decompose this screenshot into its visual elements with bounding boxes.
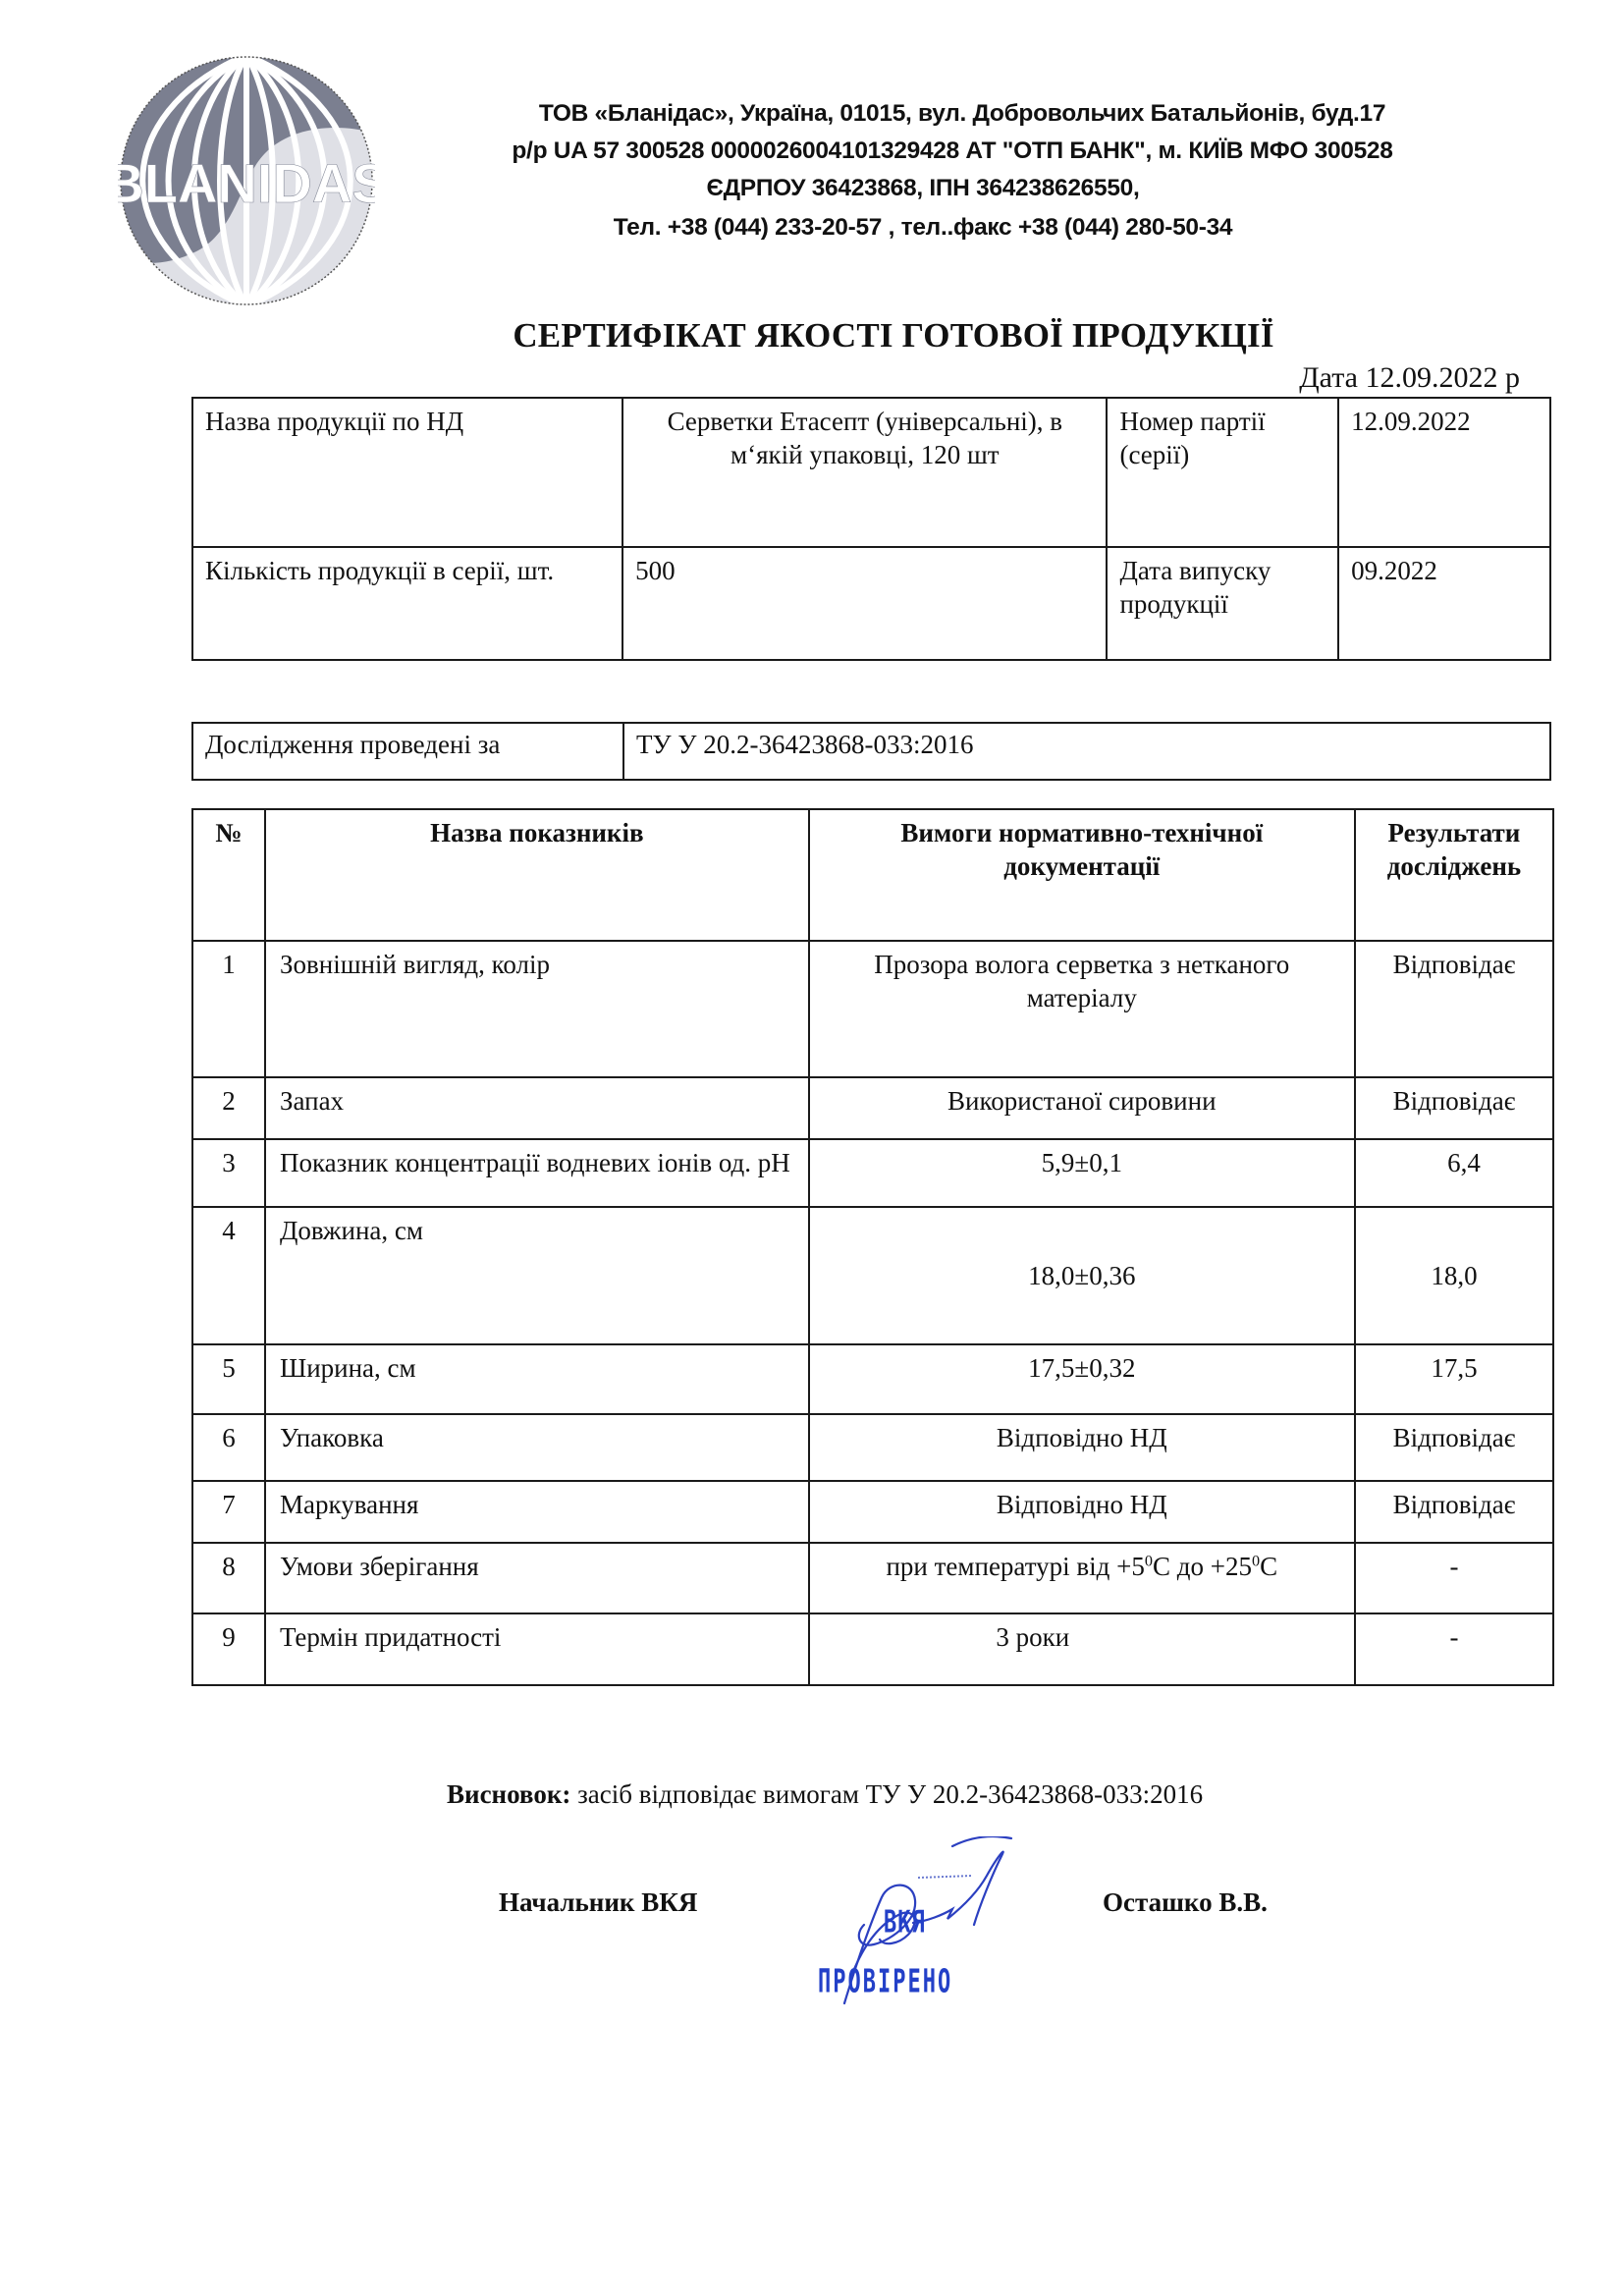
row-number: 2 xyxy=(192,1077,265,1139)
quantity-label: Кількість продукції в серії, шт. xyxy=(192,547,622,660)
company-registry-ids: ЄДРПОУ 36423868, ІПН 364238626550, xyxy=(373,175,1473,202)
result: Відповідає xyxy=(1355,1077,1553,1139)
indicator-name: Упаковка xyxy=(265,1414,809,1481)
indicator-name: Термін придатності xyxy=(265,1613,809,1685)
quantity-value: 500 xyxy=(622,547,1107,660)
batch-number-value: 12.09.2022 xyxy=(1338,398,1550,547)
requirement: Прозора волога серветка з нетканого мате… xyxy=(809,941,1355,1077)
study-standard-table: Дослідження проведені за ТУ У 20.2-36423… xyxy=(191,722,1551,781)
row-number: 9 xyxy=(192,1613,265,1685)
company-bank-details: р/р UA 57 300528 0000026004101329428 АТ … xyxy=(403,137,1502,165)
requirement: 17,5±0,32 xyxy=(809,1344,1355,1414)
conclusion: Висновок: засіб відповідає вимогам ТУ У … xyxy=(447,1779,1203,1810)
release-date-label: Дата випуску продукції xyxy=(1107,547,1338,660)
header-number: № xyxy=(192,809,265,941)
result: Відповідає xyxy=(1355,1414,1553,1481)
requirement: 18,0±0,36 xyxy=(809,1207,1355,1344)
indicator-name: Запах xyxy=(265,1077,809,1139)
row-number: 4 xyxy=(192,1207,265,1344)
product-name-value: Серветки Етасепт (універсальні), в м‘які… xyxy=(622,398,1107,547)
requirement: 3 роки xyxy=(809,1613,1355,1685)
svg-text:BLANIDAS: BLANIDAS xyxy=(118,152,375,214)
quality-results-table: № Назва показників Вимоги нормативно-тех… xyxy=(191,808,1554,1686)
requirement: 5,9±0,1 xyxy=(809,1139,1355,1207)
indicator-name: Зовнішній вигляд, колір xyxy=(265,941,809,1077)
page-title: СЕРТИФІКАТ ЯКОСТІ ГОТОВОЇ ПРОДУКЦІЇ xyxy=(0,316,1623,355)
table-row: 3 Показник концентрації водневих іонів о… xyxy=(192,1139,1553,1207)
result: 18,0 xyxy=(1355,1207,1553,1344)
table-row: Назва продукції по НД Серветки Етасепт (… xyxy=(192,398,1550,547)
signatory-role: Начальник ВКЯ xyxy=(499,1887,697,1918)
header-results: Результати досліджень xyxy=(1355,809,1553,941)
table-row: 9 Термін придатності 3 роки - xyxy=(192,1613,1553,1685)
signatory-name: Осташко В.В. xyxy=(1103,1887,1268,1918)
header-indicator-name: Назва показників xyxy=(265,809,809,941)
result: - xyxy=(1355,1543,1553,1613)
table-row: 8 Умови зберігання при температурі від +… xyxy=(192,1543,1553,1613)
product-info-table: Назва продукції по НД Серветки Етасепт (… xyxy=(191,397,1551,661)
result: - xyxy=(1355,1613,1553,1685)
result: 17,5 xyxy=(1355,1344,1553,1414)
table-row: Кількість продукції в серії, шт. 500 Дат… xyxy=(192,547,1550,660)
table-row: 2 Запах Використаної сировини Відповідає xyxy=(192,1077,1553,1139)
conclusion-label: Висновок: xyxy=(447,1779,570,1809)
result: Відповідає xyxy=(1355,1481,1553,1543)
requirement: Використаної сировини xyxy=(809,1077,1355,1139)
company-address: ТОВ «Бланідас», Україна, 01015, вул. Доб… xyxy=(412,100,1512,128)
row-number: 3 xyxy=(192,1139,265,1207)
conclusion-text: засіб відповідає вимогам ТУ У 20.2-36423… xyxy=(570,1779,1203,1809)
header-requirements: Вимоги нормативно-технічної документації xyxy=(809,809,1355,941)
certificate-date: Дата 12.09.2022 р xyxy=(1299,361,1520,395)
stamp-label-bottom: ПРОВІРЕНО xyxy=(818,1964,952,2001)
indicator-name: Показник концентрації водневих іонів од.… xyxy=(265,1139,809,1207)
table-row: 7 Маркування Відповідно НД Відповідає xyxy=(192,1481,1553,1543)
batch-number-label: Номер партії (серії) xyxy=(1107,398,1338,547)
indicator-name: Маркування xyxy=(265,1481,809,1543)
result: 6,4 xyxy=(1355,1139,1553,1207)
table-row: 1 Зовнішній вигляд, колір Прозора волога… xyxy=(192,941,1553,1077)
table-row: 4 Довжина, см 18,0±0,36 18,0 xyxy=(192,1207,1553,1344)
result: Відповідає xyxy=(1355,941,1553,1077)
indicator-name: Довжина, см xyxy=(265,1207,809,1344)
company-phones: Тел. +38 (044) 233-20-57 , тел..факс +38… xyxy=(373,214,1473,242)
stamp-label-top: ВКЯ xyxy=(884,1906,926,1941)
requirement: при температурі від +50С до +250С xyxy=(809,1543,1355,1613)
study-label: Дослідження проведені за xyxy=(192,723,623,780)
row-number: 6 xyxy=(192,1414,265,1481)
globe-logo-icon: BLANIDAS xyxy=(118,55,375,306)
table-row: Дослідження проведені за ТУ У 20.2-36423… xyxy=(192,723,1550,780)
table-row: 6 Упаковка Відповідно НД Відповідає xyxy=(192,1414,1553,1481)
indicator-name: Умови зберігання xyxy=(265,1543,809,1613)
table-header-row: № Назва показників Вимоги нормативно-тех… xyxy=(192,809,1553,941)
row-number: 1 xyxy=(192,941,265,1077)
product-name-label: Назва продукції по НД xyxy=(192,398,622,547)
indicator-name: Ширина, см xyxy=(265,1344,809,1414)
release-date-value: 09.2022 xyxy=(1338,547,1550,660)
table-row: 5 Ширина, см 17,5±0,32 17,5 xyxy=(192,1344,1553,1414)
row-number: 5 xyxy=(192,1344,265,1414)
row-number: 7 xyxy=(192,1481,265,1543)
requirement: Відповідно НД xyxy=(809,1481,1355,1543)
row-number: 8 xyxy=(192,1543,265,1613)
requirement: Відповідно НД xyxy=(809,1414,1355,1481)
study-standard-value: ТУ У 20.2-36423868-033:2016 xyxy=(623,723,1550,780)
